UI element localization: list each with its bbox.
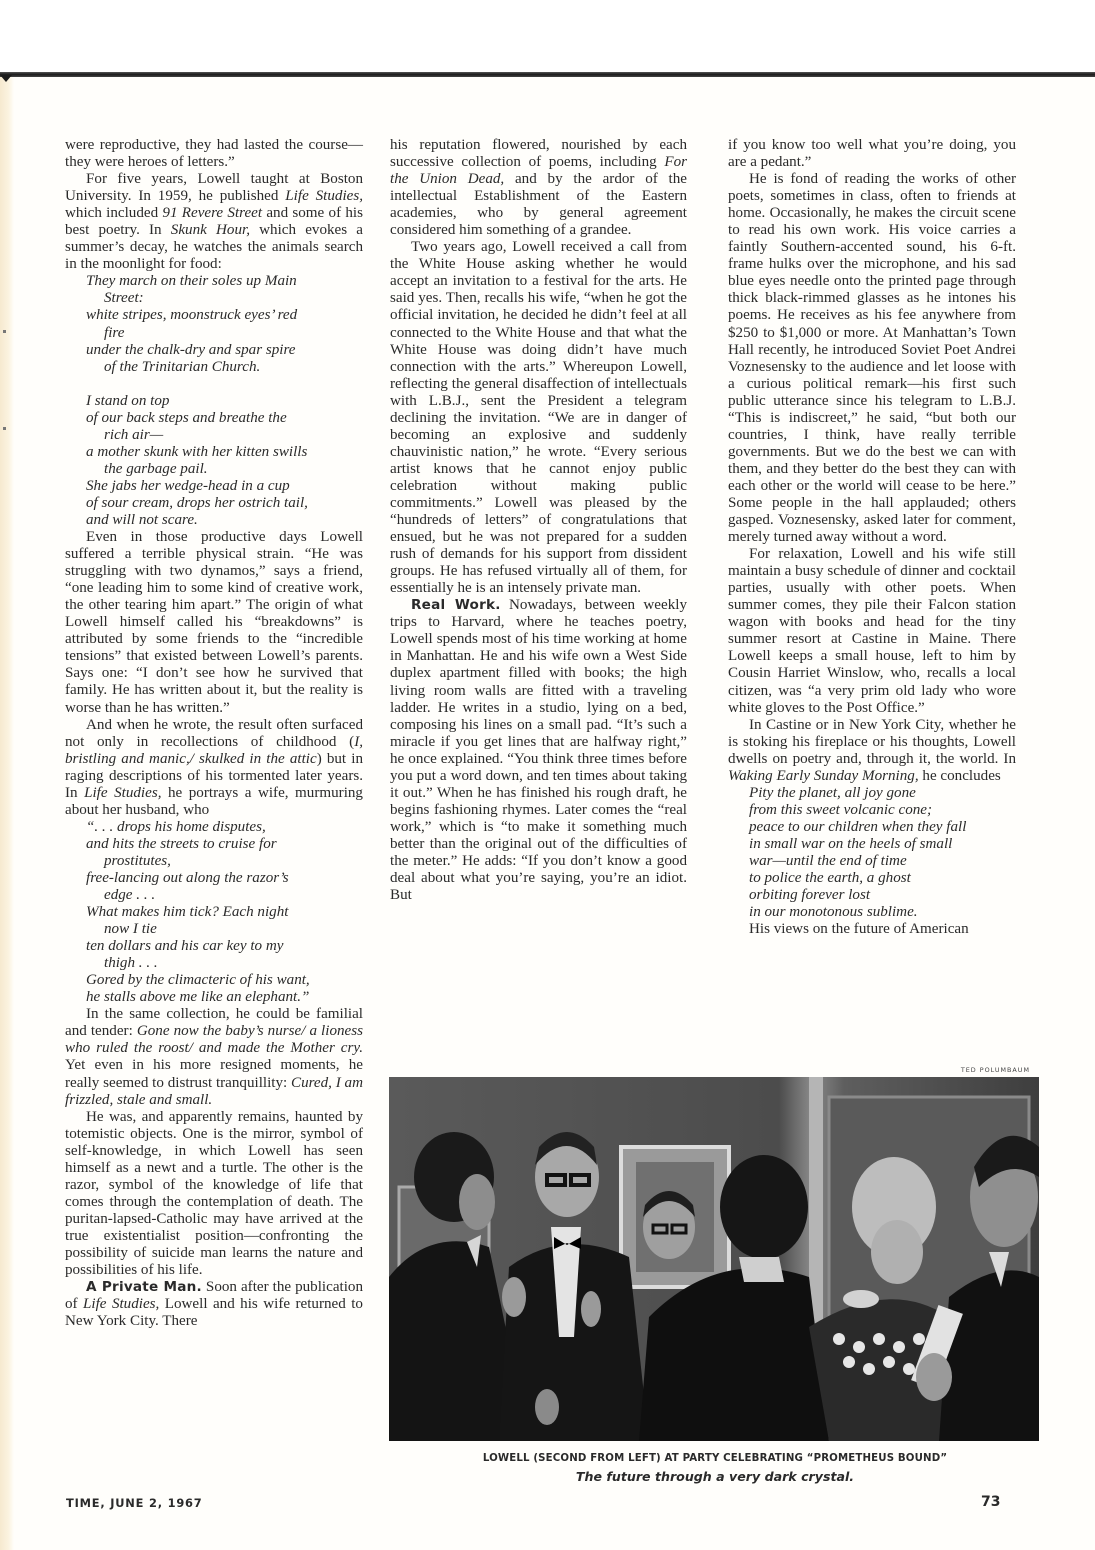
verse-line: rich air— bbox=[65, 427, 363, 444]
verse-line: Pity the planet, all joy gone bbox=[728, 785, 1016, 802]
party-photograph bbox=[389, 1077, 1039, 1441]
verse-line: orbiting forever lost bbox=[728, 887, 1016, 904]
paragraph: In Castine or in New York City, whether … bbox=[728, 717, 1016, 785]
margin-mark bbox=[3, 427, 6, 430]
paragraph: Real Work. Nowadays, between weekly trip… bbox=[390, 597, 687, 904]
margin-mark bbox=[3, 330, 6, 333]
verse-line: What makes him tick? Each night bbox=[65, 904, 363, 921]
verse-line: in small war on the heels of small bbox=[728, 836, 1016, 853]
page-number: 73 bbox=[981, 1494, 1000, 1510]
paragraph: A Private Man. Soon after the publicatio… bbox=[65, 1279, 363, 1330]
verse-line: Street: bbox=[65, 290, 363, 307]
verse-line: edge . . . bbox=[65, 887, 363, 904]
verse-line: of our back steps and breathe the bbox=[65, 410, 363, 427]
book-title: Life Studies, bbox=[84, 785, 161, 801]
verse-line: of sour cream, drops her ostrich tail, bbox=[65, 495, 363, 512]
verse-line: from this sweet volcanic cone; bbox=[728, 802, 1016, 819]
verse-line: thigh . . . bbox=[65, 955, 363, 972]
verse-line: of the Trinitarian Church. bbox=[65, 359, 363, 376]
verse-line: he stalls above me like an elephant.” bbox=[65, 989, 363, 1006]
article-column-3: if you know too well what you’re doing, … bbox=[728, 137, 1016, 938]
verse-line: war—until the end of time bbox=[728, 853, 1016, 870]
photo-credit: TED POLUMBAUM bbox=[910, 1066, 1030, 1074]
photo-subcaption: The future through a very dark crystal. bbox=[390, 1469, 1040, 1484]
poem-excerpt-wife: “. . . drops his home disputes, and hits… bbox=[65, 819, 363, 1007]
article-column-1: were reproductive, they had lasted the c… bbox=[65, 137, 363, 1330]
verse-line: and will not scare. bbox=[65, 512, 363, 529]
verse-line: under the chalk-dry and spar spire bbox=[65, 342, 363, 359]
paragraph: Two years ago, Lowell received a call fr… bbox=[390, 239, 687, 597]
photo-illustration bbox=[389, 1077, 1039, 1441]
top-margin bbox=[0, 0, 1095, 72]
verse-line: a mother skunk with her kitten swills bbox=[65, 444, 363, 461]
poem-title: Waking Early Sunday Morning, bbox=[728, 768, 919, 784]
poem-title: Skunk Hour, bbox=[171, 222, 250, 238]
paragraph: his reputation flowered, nourished by ea… bbox=[390, 137, 687, 239]
section-heading: A Private Man. bbox=[86, 1279, 202, 1295]
book-title: Life Studies, bbox=[83, 1296, 159, 1312]
verse-line: They march on their soles up Main bbox=[65, 273, 363, 290]
article-column-2: his reputation flowered, nourished by ea… bbox=[390, 137, 687, 904]
verse-line: the garbage pail. bbox=[65, 461, 363, 478]
book-title: 91 Revere Street bbox=[162, 205, 262, 221]
section-heading: Real Work. bbox=[411, 597, 501, 613]
binding-shadow bbox=[0, 76, 14, 1550]
paragraph: were reproductive, they had lasted the c… bbox=[65, 137, 363, 171]
book-title: Life Studies, bbox=[285, 188, 363, 204]
paragraph: He is fond of reading the works of other… bbox=[728, 171, 1016, 546]
verse-line: now I tie bbox=[65, 921, 363, 938]
paragraph: if you know too well what you’re doing, … bbox=[728, 137, 1016, 171]
verse-line: I stand on top bbox=[65, 393, 363, 410]
verse-line: fire bbox=[65, 325, 363, 342]
top-rule bbox=[0, 72, 1095, 77]
verse-line: Gored by the climacteric of his want, bbox=[65, 972, 363, 989]
paragraph: His views on the future of American bbox=[728, 921, 1016, 938]
verse-line: ten dollars and his car key to my bbox=[65, 938, 363, 955]
photo-caption: LOWELL (SECOND FROM LEFT) AT PARTY CELEB… bbox=[390, 1453, 1040, 1464]
verse-line: in our monotonous sublime. bbox=[728, 904, 1016, 921]
paragraph: And when he wrote, the result often surf… bbox=[65, 717, 363, 819]
paragraph: In the same collection, he could be fami… bbox=[65, 1006, 363, 1108]
rule-notch-mark bbox=[0, 75, 12, 82]
paragraph: He was, and apparently remains, haunted … bbox=[65, 1109, 363, 1279]
poem-excerpt-skunk-hour-1: They march on their soles up Main Street… bbox=[65, 273, 363, 375]
paragraph: For relaxation, Lowell and his wife stil… bbox=[728, 546, 1016, 716]
verse-line: to police the earth, a ghost bbox=[728, 870, 1016, 887]
issue-dateline: TIME, JUNE 2, 1967 bbox=[66, 1496, 203, 1510]
verse-line: “. . . drops his home disputes, bbox=[65, 819, 363, 836]
paragraph: For five years, Lowell taught at Boston … bbox=[65, 171, 363, 273]
verse-line: She jabs her wedge-head in a cup bbox=[65, 478, 363, 495]
paragraph: Even in those productive days Lowell suf… bbox=[65, 529, 363, 717]
poem-excerpt-skunk-hour-2: I stand on top of our back steps and bre… bbox=[65, 376, 363, 529]
verse-line: and hits the streets to cruise for bbox=[65, 836, 363, 853]
verse-line: free-lancing out along the razor’s bbox=[65, 870, 363, 887]
verse-line: white stripes, moonstruck eyes’ red bbox=[65, 307, 363, 324]
poem-excerpt-waking-early-sunday-morning: Pity the planet, all joy gone from this … bbox=[728, 785, 1016, 921]
verse-line: prostitutes, bbox=[65, 853, 363, 870]
verse-line: peace to our children when they fall bbox=[728, 819, 1016, 836]
